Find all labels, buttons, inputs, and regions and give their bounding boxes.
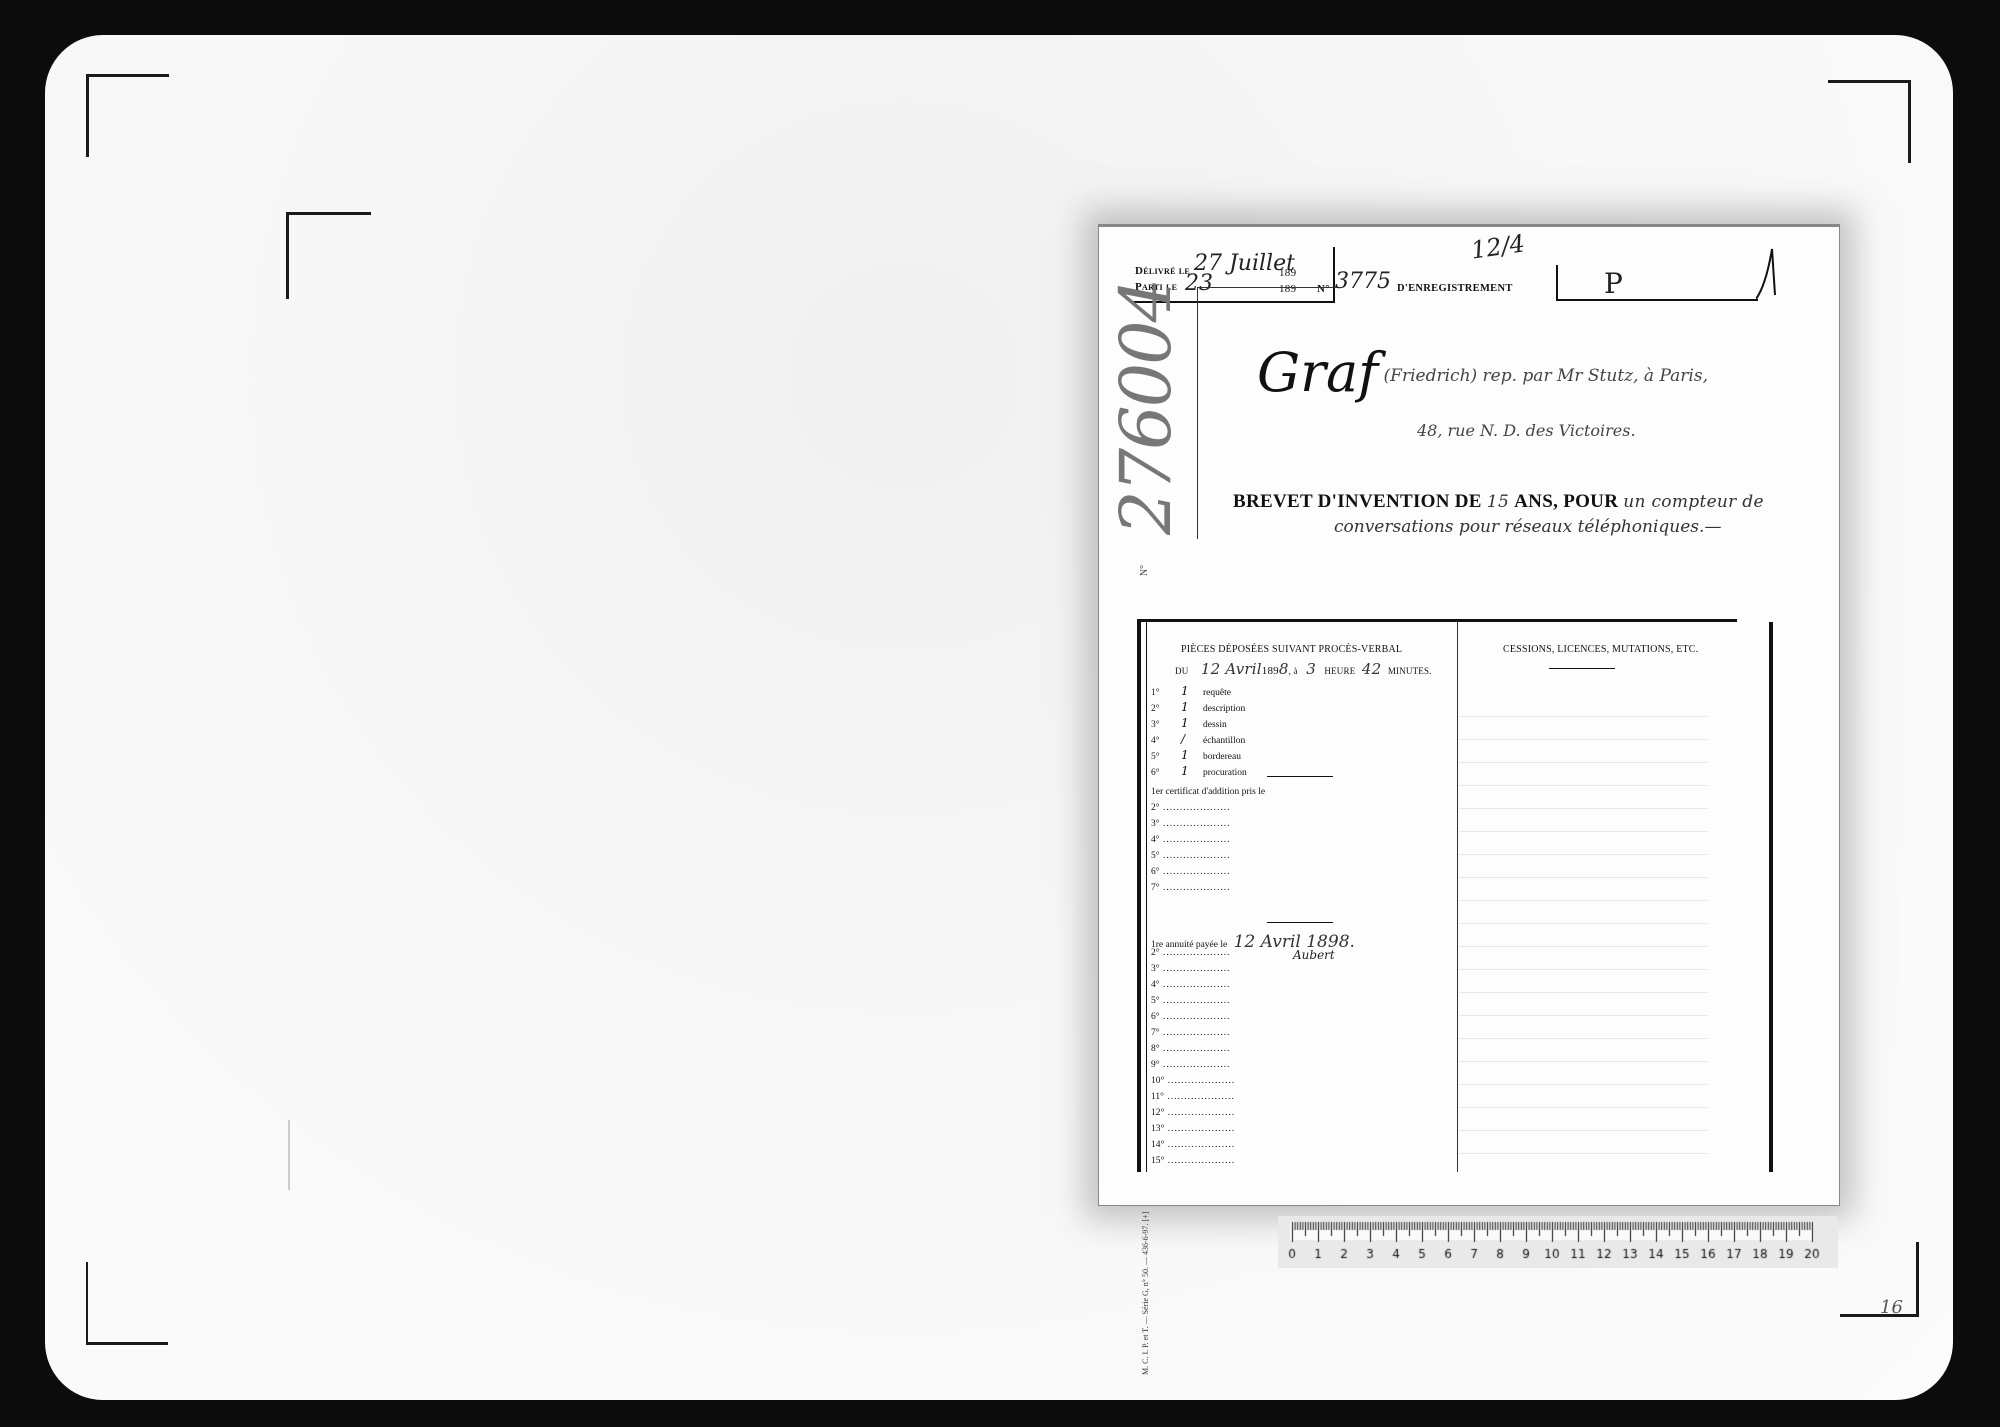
certificat-dots: .................... [1160, 883, 1231, 893]
piece-row: 1°1requête [1151, 684, 1231, 698]
cessions-separator [1549, 668, 1615, 669]
table-right-border [1769, 622, 1773, 1172]
piece-label: échantillon [1203, 736, 1245, 746]
year-suffix: 8 [1279, 660, 1289, 678]
certificat-row: 7° .................... [1151, 883, 1230, 893]
annuite-dots: .................... [1164, 1124, 1235, 1134]
table-column-divider [1457, 622, 1458, 1172]
form-footer: M. C. I. P. et T. — Série G, n° 50. — 43… [1141, 1212, 1150, 1375]
piece-row: 5°1bordereau [1151, 748, 1241, 762]
annuite-row: 11° .................... [1151, 1092, 1235, 1102]
annuite-number: 10° [1151, 1076, 1164, 1086]
annuite-dots: .................... [1164, 1092, 1235, 1102]
annuite-dots: .................... [1160, 996, 1231, 1006]
annuite-dots: .................... [1164, 1076, 1235, 1086]
applicant-line: Graf (Friedrich) rep. par Mr Stutz, à Pa… [1257, 341, 1708, 404]
heure-label: HEURE [1324, 666, 1355, 676]
annuite-dots: .................... [1160, 948, 1231, 958]
annuite-dots: .................... [1160, 1044, 1231, 1054]
annuite-number: 3° [1151, 964, 1160, 974]
piece-label: dessin [1203, 720, 1227, 730]
pieces-separator [1267, 776, 1333, 777]
annuite-number: 8° [1151, 1044, 1160, 1054]
folio-number: 12/4 [1469, 229, 1526, 264]
patent-title: BREVET D'INVENTION DE 15 ANS, POUR un co… [1233, 491, 1764, 513]
annuite-number: 15° [1151, 1156, 1164, 1166]
certificat-dots: .................... [1160, 803, 1231, 813]
certificat-row: 4° .................... [1151, 835, 1230, 845]
annuite-number: 6° [1151, 1012, 1160, 1022]
certificat-dots: .................... [1160, 851, 1231, 861]
certificat-number: 2° [1151, 803, 1160, 813]
crop-mark-top-right [1828, 80, 1911, 163]
piece-count: 1 [1181, 748, 1203, 762]
title-prefix: BREVET D'INVENTION DE [1233, 491, 1482, 512]
year-prefix: 189 [1262, 665, 1279, 677]
certificat-row: 6° .................... [1151, 867, 1230, 877]
piece-label: description [1203, 704, 1245, 714]
applicant-address: 48, rue N. D. des Victoires. [1417, 421, 1636, 440]
certificat-row: 3° .................... [1151, 819, 1230, 829]
annuite-row: 15° .................... [1151, 1156, 1235, 1166]
piece-number: 6° [1151, 768, 1181, 778]
piece-count: 1 [1181, 700, 1203, 714]
classification-letter: P [1604, 267, 1623, 300]
annuite-row: 14° .................... [1151, 1140, 1235, 1150]
du-label: DU [1175, 666, 1188, 676]
annuite-number: 5° [1151, 996, 1160, 1006]
piece-count: / [1181, 732, 1203, 746]
piece-number: 1° [1151, 688, 1181, 698]
proces-verbal-line: DU 12 Avril1898, à 3 HEURE 42 MINUTES. [1175, 660, 1432, 678]
piece-number: 2° [1151, 704, 1181, 714]
du-value: 12 Avril [1201, 660, 1262, 678]
annuite-number: 2° [1151, 948, 1160, 958]
certificat-row: 2° .................... [1151, 803, 1230, 813]
applicant-name: Graf [1257, 341, 1378, 404]
title-years: 15 [1487, 492, 1509, 512]
patent-number: 276004 [1105, 280, 1187, 535]
parti-value: 23 [1185, 271, 1213, 296]
annuite-signature: Aubert [1293, 948, 1335, 962]
delivre-year: 189 [1279, 267, 1296, 279]
margin-top-rule [1197, 287, 1337, 288]
annuite-number: 4° [1151, 980, 1160, 990]
annuite-number: 14° [1151, 1140, 1164, 1150]
annuite-number: 11° [1151, 1092, 1164, 1102]
annuite-row: 7° .................... [1151, 1028, 1230, 1038]
registration-prefix: N° [1317, 283, 1330, 295]
certificat-dots: .................... [1160, 867, 1231, 877]
patent-number-prefix: N° [1139, 565, 1150, 576]
annuite-number: 9° [1151, 1060, 1160, 1070]
certificat-number: 7° [1151, 883, 1160, 893]
registration-number: 3775 [1335, 269, 1391, 294]
certificat-dots: .................... [1160, 819, 1231, 829]
annuite-dots: .................... [1160, 980, 1231, 990]
table-left-border [1137, 622, 1147, 1172]
piece-count: 1 [1181, 684, 1203, 698]
annuite-row: 13° .................... [1151, 1124, 1235, 1134]
annuite-row: 6° .................... [1151, 1012, 1230, 1022]
piece-label: procuration [1203, 768, 1247, 778]
annuite-number: 7° [1151, 1028, 1160, 1038]
classification-box [1556, 265, 1758, 301]
certificats-separator [1267, 922, 1333, 923]
registration-label: D'ENREGISTREMENT [1397, 283, 1513, 294]
minutes-label: MINUTES. [1388, 666, 1432, 676]
certificat-number: 4° [1151, 835, 1160, 845]
scale-ruler [1278, 1216, 1838, 1268]
title-subject-line2: conversations pour réseaux téléphoniques… [1334, 517, 1721, 537]
annuite-dots: .................... [1160, 964, 1231, 974]
certificat-row: 5° .................... [1151, 851, 1230, 861]
certificat-dots: .................... [1160, 835, 1231, 845]
crop-mark-inner-top-left [286, 212, 371, 299]
annuite-dots: .................... [1160, 1060, 1231, 1070]
crop-mark-bottom-left [86, 1262, 168, 1345]
crop-mark-top-left [86, 74, 169, 157]
certificat-number: 6° [1151, 867, 1160, 877]
cessions-heading: CESSIONS, LICENCES, MUTATIONS, ETC. [1503, 644, 1698, 655]
piece-count: 1 [1181, 764, 1203, 778]
annuite-row: 12° .................... [1151, 1108, 1235, 1118]
annuite-dots: .................... [1160, 1028, 1231, 1038]
title-years-label: ANS, [1514, 491, 1558, 512]
piece-row: 4°/échantillon [1151, 732, 1245, 746]
annuite-row: 9° .................... [1151, 1060, 1230, 1070]
cessions-ruled-area [1459, 694, 1707, 1164]
classification-flag-mark [1756, 245, 1776, 301]
piece-count: 1 [1181, 716, 1203, 730]
certificat-first: 1er certificat d'addition pris le [1151, 787, 1265, 797]
piece-number: 5° [1151, 752, 1181, 762]
piece-row: 3°1dessin [1151, 716, 1227, 730]
title-subject-line1: un compteur de [1623, 492, 1764, 512]
scale-ruler-ticks [1278, 1216, 1838, 1268]
annuite-number: 13° [1151, 1124, 1164, 1134]
piece-label: bordereau [1203, 752, 1241, 762]
piece-row: 2°1description [1151, 700, 1245, 714]
a-label: à [1294, 666, 1298, 676]
heure-value: 3 [1306, 660, 1316, 678]
annuite-dots: .................... [1164, 1108, 1235, 1118]
piece-number: 4° [1151, 736, 1181, 746]
annuite-row: 2° .................... [1151, 948, 1230, 958]
annuite-row: 4° .................... [1151, 980, 1230, 990]
annuite-dots: .................... [1164, 1140, 1235, 1150]
title-pour: POUR [1563, 491, 1618, 512]
annuite-row: 8° .................... [1151, 1044, 1230, 1054]
patent-record-card: Délivré le 27 Juillet 189 Parti le 23 18… [1098, 224, 1840, 1206]
faint-crop-mark [288, 1120, 290, 1190]
pieces-heading: PIÈCES DÉPOSÉES SUIVANT PROCÈS-VERBAL [1181, 644, 1402, 655]
minutes-value: 42 [1362, 660, 1382, 678]
piece-label: requête [1203, 688, 1231, 698]
card-top-edge [1099, 225, 1839, 227]
margin-vertical-rule [1197, 287, 1198, 539]
certificat-number: 5° [1151, 851, 1160, 861]
piece-number: 3° [1151, 720, 1181, 730]
piece-row: 6°1procuration [1151, 764, 1247, 778]
register-table: PIÈCES DÉPOSÉES SUIVANT PROCÈS-VERBAL DU… [1137, 619, 1737, 1172]
annuite-dots: .................... [1164, 1156, 1235, 1166]
parti-year: 189 [1279, 283, 1296, 295]
annuite-row: 5° .................... [1151, 996, 1230, 1006]
frame-page-note: 16 [1880, 1297, 1903, 1318]
annuite-row: 10° .................... [1151, 1076, 1235, 1086]
annuite-dots: .................... [1160, 1012, 1231, 1022]
certificat-number: 3° [1151, 819, 1160, 829]
applicant-details: (Friedrich) rep. par Mr Stutz, à Paris, [1384, 366, 1708, 386]
delivre-label: Délivré le [1135, 265, 1190, 277]
annuite-number: 12° [1151, 1108, 1164, 1118]
annuite-row: 3° .................... [1151, 964, 1230, 974]
